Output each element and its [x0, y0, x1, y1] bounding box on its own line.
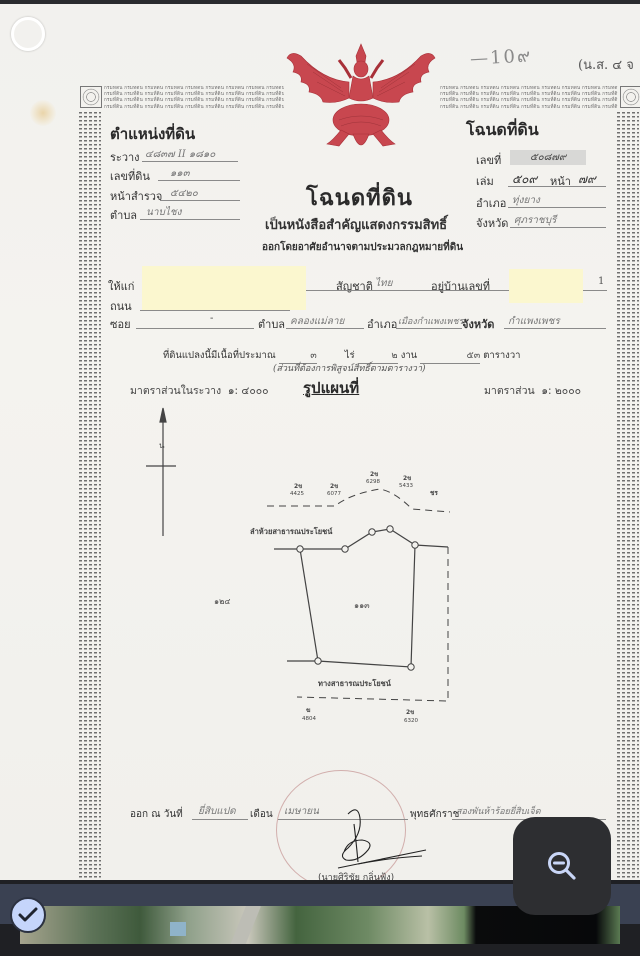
scale-left: มาตราส่วนในระวาง ๑: ๔๐๐๐ [130, 382, 269, 399]
svg-text:ชร: ชร [430, 489, 438, 497]
owner-to-label: ให้แก่ [108, 277, 134, 295]
ornamental-border-right [617, 112, 639, 880]
rosette-ornament-icon [80, 86, 102, 108]
svg-text:2ข: 2ข [370, 471, 378, 478]
form-code: (น.ส. ๔ จ [578, 54, 634, 75]
subdistrict-value: นาบไชง [146, 205, 182, 220]
parcel-map-diagram: น 2ข 4425 2ข 6077 2ข 6298 2ข 5433 ชร ฆ 4… [120, 404, 480, 744]
underline [160, 200, 240, 201]
location-heading: ตำแหน่งที่ดิน [110, 122, 195, 146]
soi-label: ซอย [110, 315, 131, 333]
district-label: อำเภอ [476, 194, 506, 212]
area-note: (ส่วนที่ต้องการพิสูจน์สิทธิ์ตามตารางวา) [273, 361, 426, 375]
province-value: ศุภราชบุรี [514, 213, 556, 228]
ngan-label: งาน [401, 350, 417, 361]
underline [142, 161, 238, 162]
svg-text:2ข: 2ข [330, 483, 338, 490]
district-value: ทุ่งยาง [512, 193, 540, 208]
issue-date-label: ออก ณ วันที่ [130, 807, 183, 822]
nationality-value: ไทย [375, 276, 392, 291]
svg-text:6077: 6077 [327, 491, 341, 497]
area-label: ที่ดินแปลงนี้มีเนื้อที่ประมาณ [163, 350, 276, 361]
parcel-no-label: เลขที่ดิน [110, 167, 150, 185]
issue-month-value: เมษายน [284, 804, 319, 819]
svg-text:6298: 6298 [366, 479, 380, 485]
owner-subdistrict-value: คลองแม่ลาย [290, 314, 344, 329]
sq-wa-value: ๕๓ [420, 348, 480, 364]
svg-text:4804: 4804 [302, 716, 316, 722]
underline [504, 328, 606, 329]
svg-text:5433: 5433 [399, 483, 413, 489]
issue-month-label: เดือน [250, 807, 273, 822]
underline [583, 290, 607, 291]
parcel-no-value: ๑๑๓ [170, 166, 190, 181]
underline [510, 227, 606, 228]
address-suffix: 1 [598, 276, 604, 287]
underline [192, 819, 248, 820]
soi-value: - [210, 313, 213, 324]
sheet-value: ๔๘๓๗ II ๑๘๑๐ [145, 147, 215, 162]
province-label: จังหวัด [476, 214, 508, 232]
garuda-emblem-icon [283, 42, 439, 160]
owner-province-label: จังหวัด [462, 315, 494, 333]
rosette-ornament-icon [620, 86, 640, 108]
checkmark-icon [18, 907, 38, 923]
svg-text:4425: 4425 [290, 491, 304, 497]
sq-wa-label: ตารางวา [483, 350, 520, 361]
page-label: หน้า [550, 172, 571, 190]
document-title: โฉนดที่ดิน [306, 180, 413, 215]
guilloche-band-left: กรมที่ดิน กรมที่ดิน กรมที่ดิน กรมที่ดิน … [104, 86, 284, 112]
bottom-edge [0, 944, 640, 956]
map-title: รูปแผนที่ [303, 376, 359, 400]
redacted-owner-name [142, 266, 306, 310]
svg-text:6320: 6320 [404, 718, 418, 724]
ornamental-border-left [79, 112, 101, 880]
svg-text:2ข: 2ข [294, 483, 302, 490]
underline [158, 180, 240, 181]
deed-heading: โฉนดที่ดิน [466, 118, 539, 143]
guilloche-band-right: กรมที่ดิน กรมที่ดิน กรมที่ดิน กรมที่ดิน … [440, 86, 618, 112]
svg-text:ลำห้วยสาธารณประโยชน์: ลำห้วยสาธารณประโยชน์ [250, 526, 333, 536]
svg-text:น: น [159, 441, 165, 450]
survey-page-value: ๕๔๒๐ [170, 186, 198, 201]
select-circle-toggle[interactable] [11, 17, 45, 51]
svg-text:ฆ: ฆ [306, 707, 311, 714]
issue-year-value: สองพันห้าร้อยยี่สิบเจ็ด [456, 804, 541, 818]
svg-text:2ข: 2ข [403, 475, 411, 482]
road-label: ถนน [110, 297, 132, 315]
underline [286, 328, 364, 329]
underline [396, 328, 462, 329]
zoom-out-button[interactable] [513, 817, 611, 915]
survey-page-label: หน้าสำรวจ [110, 187, 162, 205]
zoom-out-icon [545, 849, 579, 883]
underline [508, 186, 606, 187]
scale-right: มาตราส่วน ๑: ๒๐๐๐ [484, 382, 581, 399]
volume-label: เล่ม [476, 172, 494, 190]
sheet-label: ระวาง [110, 148, 140, 166]
owner-subdistrict-label: ตำบล [258, 315, 285, 333]
deed-no-value: ๕๐๘๗๙ [510, 150, 586, 165]
redacted-address [509, 269, 583, 303]
handwritten-number: —10๙ [469, 40, 533, 72]
signature [318, 804, 428, 874]
owner-district-value: เมืองกำแพงเพชร [398, 314, 463, 328]
underline [136, 328, 254, 329]
svg-text:ทางสาธารณประโยชน์: ทางสาธารณประโยชน์ [318, 678, 392, 688]
underline [140, 310, 290, 311]
svg-text:2ข: 2ข [406, 709, 414, 716]
signer-name: (นายศิริชัย กลิ่นฟุ้ง) [318, 870, 394, 880]
deed-no-label: เลขที่ [476, 151, 501, 169]
nationality-label: สัญชาติ [336, 277, 373, 295]
document-image[interactable]: —10๙ (น.ส. ๔ จ กรมที่ดิน กรมที่ดิน กรมที… [0, 4, 640, 880]
owner-district-label: อำเภอ [367, 315, 397, 333]
underline [508, 207, 606, 208]
svg-text:๑๑๓: ๑๑๓ [354, 601, 370, 610]
rai-label: ไร่ [345, 350, 355, 361]
issue-day-value: ยี่สิบแปด [198, 804, 236, 819]
subdistrict-label: ตำบล [110, 206, 137, 224]
svg-text:๑๒๔: ๑๒๔ [214, 597, 230, 606]
document-subtitle: เป็นหนังสือสำคัญแสดงกรรมสิทธิ์ [265, 214, 447, 235]
selected-check-badge[interactable] [10, 897, 46, 933]
paper-stain [30, 100, 56, 126]
underline [140, 219, 240, 220]
address-label: อยู่บ้านเลขที่ [431, 277, 490, 295]
issued-by-text: ออกโดยอาศัยอำนาจตามประมวลกฎหมายที่ดิน [262, 240, 463, 255]
owner-province-value: กำแพงเพชร [508, 314, 560, 329]
